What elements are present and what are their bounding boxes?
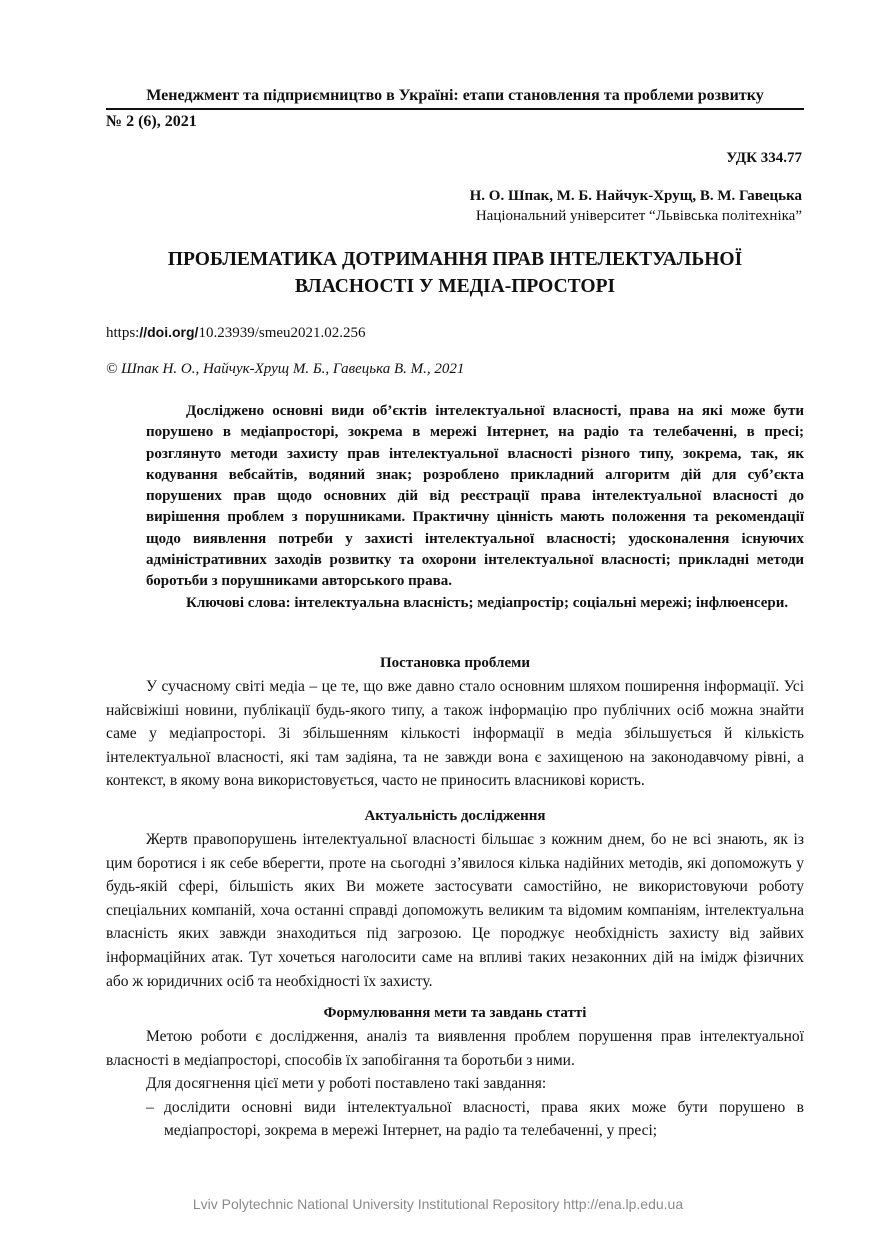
dash-marker: – <box>146 1096 154 1120</box>
section-heading: Актуальність дослідження <box>106 806 804 826</box>
article-title-line-1: ПРОБЛЕМАТИКА ДОТРИМАННЯ ПРАВ ІНТЕЛЕКТУАЛ… <box>106 246 804 273</box>
journal-title: Менеджмент та підприємництво в Україні: … <box>106 86 804 110</box>
journal-header: Менеджмент та підприємництво в Україні: … <box>106 86 804 132</box>
journal-issue: № 2 (6), 2021 <box>106 112 804 132</box>
list-item: –дослідити основні види інтелектуальної … <box>106 1096 804 1143</box>
section-paragraph: Для досягнення цієї мети у роботі постав… <box>106 1072 804 1096</box>
abstract-text: Досліджено основні види об’єктів інтелек… <box>146 401 804 593</box>
section-paragraph: Жертв правопорушень інтелектуальної влас… <box>106 828 804 993</box>
section-problem-statement: Постановка проблеми У сучасному світі ме… <box>106 653 804 793</box>
section-heading: Постановка проблеми <box>106 653 804 673</box>
section-heading: Формулювання мети та завдань статті <box>106 1003 804 1023</box>
doi-host: //doi.org/ <box>139 324 198 340</box>
article-title: ПРОБЛЕМАТИКА ДОТРИМАННЯ ПРАВ ІНТЕЛЕКТУАЛ… <box>106 246 804 300</box>
udk-code: УДК 334.77 <box>726 150 802 167</box>
section-goals: Формулювання мети та завдань статті Мето… <box>106 1003 804 1143</box>
repository-footer: Lviv Polytechnic National University Ins… <box>0 1196 876 1212</box>
keywords: Ключові слова: інтелектуальна власність;… <box>146 593 804 614</box>
copyright-line: © Шпак Н. О., Найчук-Хрущ М. Б., Гавецьк… <box>106 361 464 378</box>
doi-link[interactable]: https://doi.org/10.23939/smeu2021.02.256 <box>106 324 366 342</box>
section-paragraph: У сучасному світі медіа – це те, що вже … <box>106 675 804 793</box>
abstract: Досліджено основні види об’єктів інтелек… <box>146 401 804 614</box>
article-title-line-2: ВЛАСНОСТІ У МЕДІА-ПРОСТОРІ <box>106 273 804 300</box>
section-paragraph: Метою роботи є дослідження, аналіз та ви… <box>106 1025 804 1072</box>
doi-path: 10.23939/smeu2021.02.256 <box>198 325 365 341</box>
doi-prefix: https: <box>106 325 139 341</box>
author-names: Н. О. Шпак, М. Б. Найчук-Хрущ, В. М. Гав… <box>470 186 802 206</box>
section-relevance: Актуальність дослідження Жертв правопору… <box>106 806 804 993</box>
task-list: –дослідити основні види інтелектуальної … <box>106 1096 804 1143</box>
list-item-text: дослідити основні види інтелектуальної в… <box>164 1099 804 1140</box>
author-affiliation: Національний університет “Львівська полі… <box>470 206 802 226</box>
authors-block: Н. О. Шпак, М. Б. Найчук-Хрущ, В. М. Гав… <box>470 186 802 226</box>
